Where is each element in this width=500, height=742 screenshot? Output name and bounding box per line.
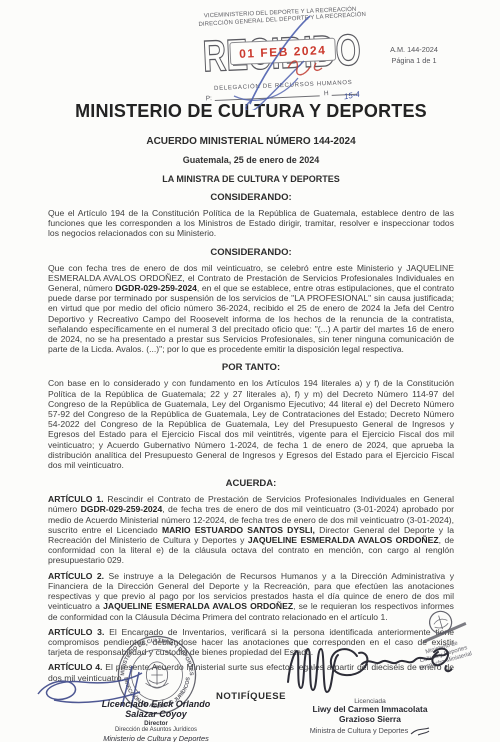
right-signatory-role: Ministra de Cultura y Deportes [288,726,452,736]
issuer-line: LA MINISTRA DE CULTURA Y DEPORTES [48,174,454,184]
left-signatory-unit: Dirección de Asuntos Jurídicos [66,727,246,733]
agreement-number: ACUERDO MINISTERIAL NÚMERO 144-2024 [48,136,454,147]
paragraph-articulo-1: ARTÍCULO 1. Rescindir el Contrato de Pre… [48,494,454,565]
paragraph-articulo-2: ARTÍCULO 2. Se instruye a la Delegación … [48,571,454,622]
signature-right-ink [282,634,452,698]
signatory-left-block: Licenciado Erick Orlando Salazar Coyoy D… [66,699,246,742]
left-signatory-name-1: Licenciado Erick Orlando [66,699,246,709]
ministry-title: MINISTERIO DE CULTURA Y DEPORTES [48,101,454,122]
heading-acuerda: ACUERDA: [48,478,454,489]
paragraph-por-tanto: Con base en lo considerado y con fundame… [48,378,454,470]
right-signatory-role-text: Ministra de Cultura y Deportes [310,726,409,735]
left-signatory-name-2: Salazar Coyoy [66,709,246,719]
document-body: MINISTERIO DE CULTURA Y DEPORTES ACUERDO… [48,0,454,702]
heading-considerando-1: CONSIDERANDO: [48,192,454,203]
right-signatory-name-2: Grazioso Sierra [288,715,452,725]
left-signatory-org: Ministerio de Cultura y Deportes [66,734,246,742]
heading-considerando-2: CONSIDERANDO: [48,247,454,258]
paragraph-considerando-2: Que con fecha tres de enero de dos mil v… [48,263,454,355]
paragraph-considerando-1: Que el Artículo 194 de la Constitución P… [48,208,454,239]
heading-por-tanto: POR TANTO: [48,362,454,373]
scanned-document-page: VICEMINISTERIO DEL DEPORTE Y LA RECREACI… [0,0,500,742]
signatory-right-block: Licenciada Liwy del Carmen Immacolata Gr… [288,698,452,736]
left-signatory-role: Director [66,720,246,727]
place-and-date: Guatemala, 25 de enero de 2024 [48,155,454,165]
pen-flourish-icon [410,727,430,736]
